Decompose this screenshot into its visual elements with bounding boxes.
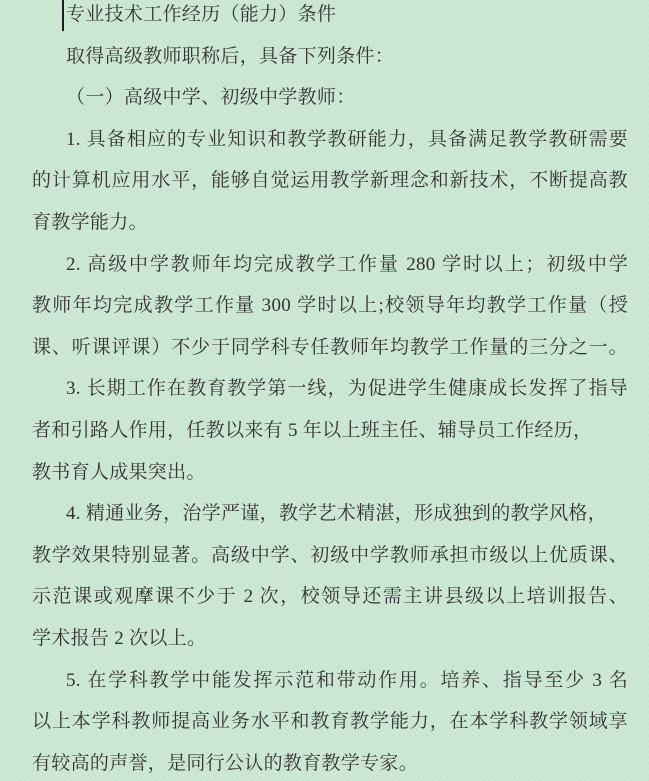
document-line: （一）高级中学、初级中学教师：: [32, 77, 628, 119]
document-line: 课、听课评课）不少于同学科专任教师年均教学工作量的三分之一。: [32, 327, 628, 369]
text-cursor[interactable]: [62, 0, 64, 31]
document-line: 示范课或观摩课不少于 2 次，校领导还需主讲县级以上培训报告、: [32, 576, 628, 618]
document-line: 学术报告 2 次以上。: [32, 618, 628, 660]
document-line: 者和引路人作用，任教以来有 5 年以上班主任、辅导员工作经历，: [32, 410, 628, 452]
document-line: 3. 长期工作在教育教学第一线，为促进学生健康成长发挥了指导: [32, 368, 628, 410]
document-title-line: 专业技术工作经历（能力）条件: [32, 0, 628, 36]
document-line: 教书育人成果突出。: [32, 452, 628, 494]
document-canvas: { "page": { "background_color": "#cce8d4…: [0, 0, 649, 781]
document-line: 5. 在学科教学中能发挥示范和带动作用。培养、指导至少 3 名: [32, 660, 628, 702]
document-line: 2. 高级中学教师年均完成教学工作量 280 学时以上；初级中学: [32, 244, 628, 286]
document-line: 4. 精通业务，治学严谨，教学艺术精湛，形成独到的教学风格，: [32, 493, 628, 535]
document-line: 的计算机应用水平，能够自觉运用教学新理念和新技术，不断提高教: [32, 160, 628, 202]
document-line: 教学效果特别显著。高级中学、初级中学教师承担市级以上优质课、: [32, 535, 628, 577]
document-line: 1. 具备相应的专业知识和教学教研能力，具备满足教学教研需要: [32, 119, 628, 161]
document-line: 以上本学科教师提高业务水平和教育教学能力，在本学科教学领域享: [32, 701, 628, 743]
document-page: 专业技术工作经历（能力）条件 取得高级教师职称后，具备下列条件： （一）高级中学…: [32, 0, 628, 781]
document-line: 取得高级教师职称后，具备下列条件：: [32, 36, 628, 78]
document-line: 育教学能力。: [32, 202, 628, 244]
document-line: 有较高的声誉，是同行公认的教育教学专家。: [32, 743, 628, 781]
document-line: 教师年均完成教学工作量 300 学时以上;校领导年均教学工作量（授: [32, 285, 628, 327]
